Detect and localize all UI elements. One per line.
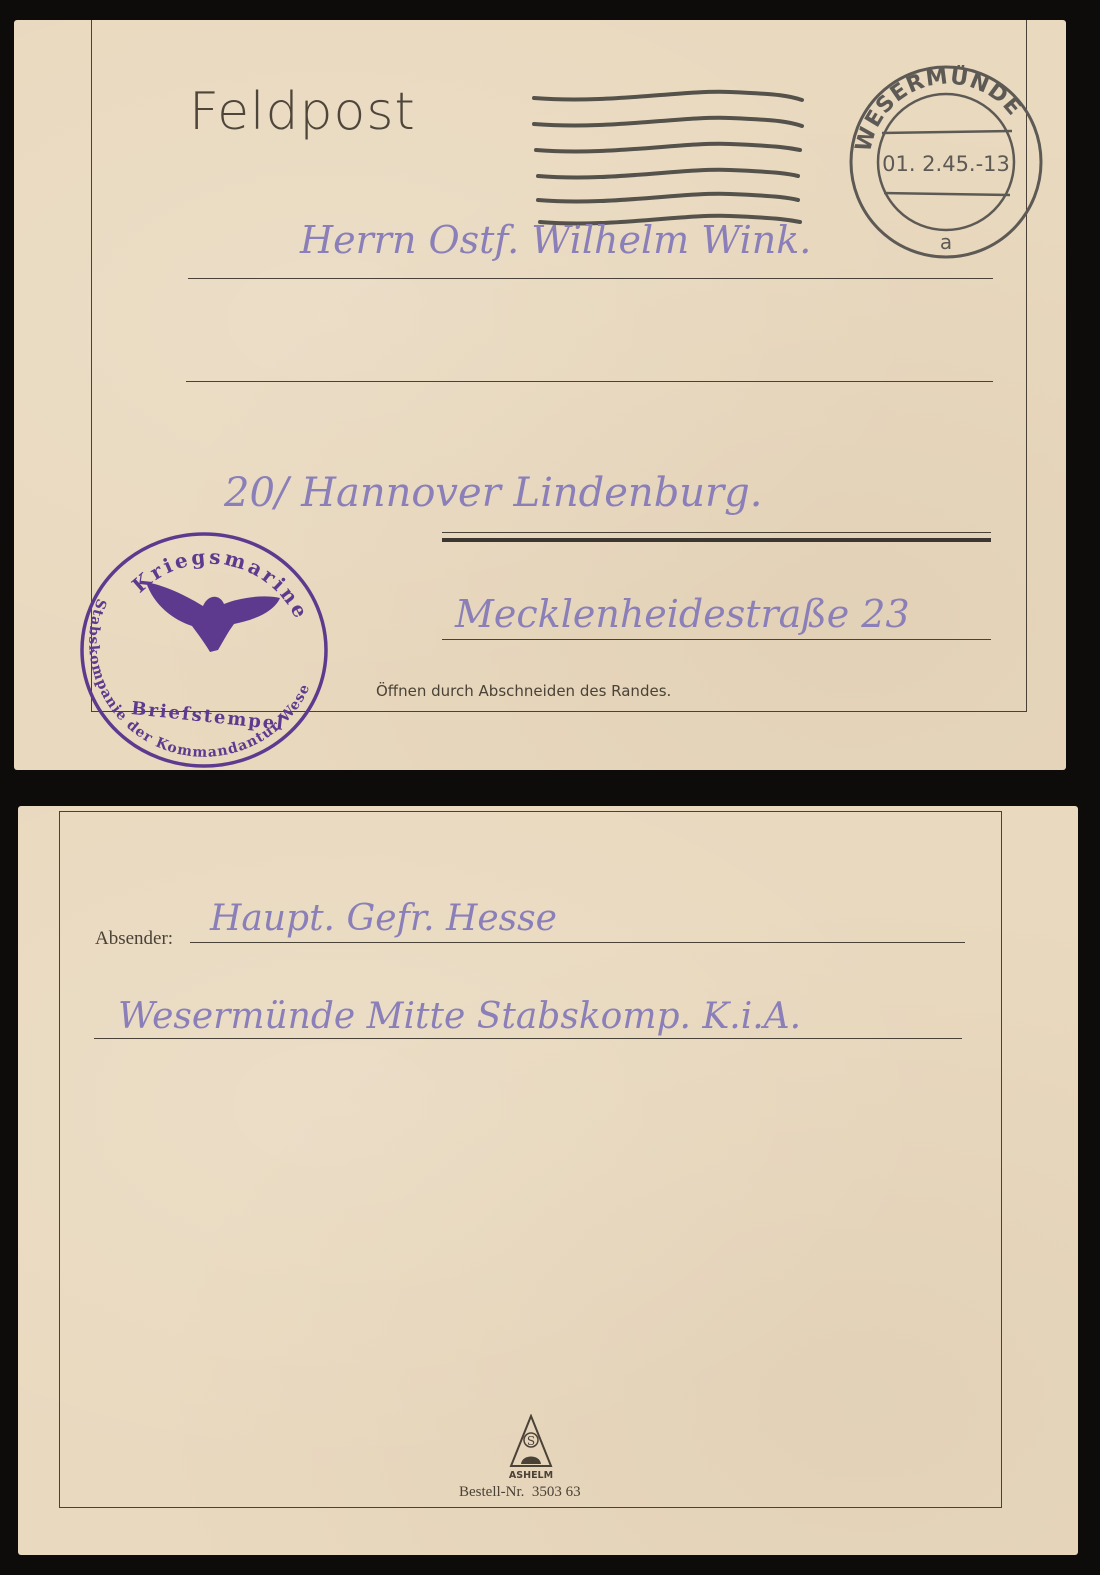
address-line-2 <box>186 381 993 382</box>
logo-text: ASHELM <box>509 1470 553 1481</box>
back-frame-top <box>59 811 1002 812</box>
postmark-letter: a <box>940 230 952 254</box>
feldpost-title: Feldpost <box>189 82 416 142</box>
svg-text:WESERMÜNDE: WESERMÜNDE <box>851 65 1027 154</box>
address-line-4 <box>442 639 991 640</box>
back-frame-bottom <box>59 1507 1002 1508</box>
back-frame-left <box>59 811 60 1508</box>
recipient-city: 20/ Hannover Lindenburg. <box>224 470 763 516</box>
opening-instruction: Öffnen durch Abschneiden des Randes. <box>376 682 671 700</box>
city-underline-thick <box>442 538 991 542</box>
sender-line-2 <box>94 1038 962 1039</box>
order-number: Bestell-Nr. 3503 63 <box>459 1484 581 1501</box>
back-frame-right <box>1001 811 1002 1508</box>
recipient-street: Mecklenheidestraße 23 <box>455 592 910 636</box>
machine-cancel-lines <box>530 88 810 228</box>
eagle-icon <box>146 582 280 652</box>
seal-middle-text: Briefstempel <box>130 698 286 735</box>
recipient-name: Herrn Ostf. Wilhelm Wink. <box>300 218 811 262</box>
postmark-date: 01. 2.45.-13 <box>882 152 1010 176</box>
sender-label: Absender: <box>95 928 173 950</box>
sender-name: Haupt. Gefr. Hesse <box>210 898 557 939</box>
ashelm-logo-icon: S ASHELM <box>508 1414 554 1484</box>
address-line-3 <box>442 532 991 533</box>
kriegsmarine-seal: Kriegsmarine Stabskompanie der Kommandan… <box>78 528 333 773</box>
address-line-1 <box>188 278 993 279</box>
sender-line-1 <box>190 942 965 943</box>
postmark-stamp: WESERMÜNDE 01. 2.45.-13 a <box>842 65 1052 260</box>
sender-address: Wesermünde Mitte Stabskomp. K.i.A. <box>118 996 801 1037</box>
postmark-city: WESERMÜNDE <box>851 65 1027 154</box>
logo-letter: S <box>527 1434 535 1448</box>
